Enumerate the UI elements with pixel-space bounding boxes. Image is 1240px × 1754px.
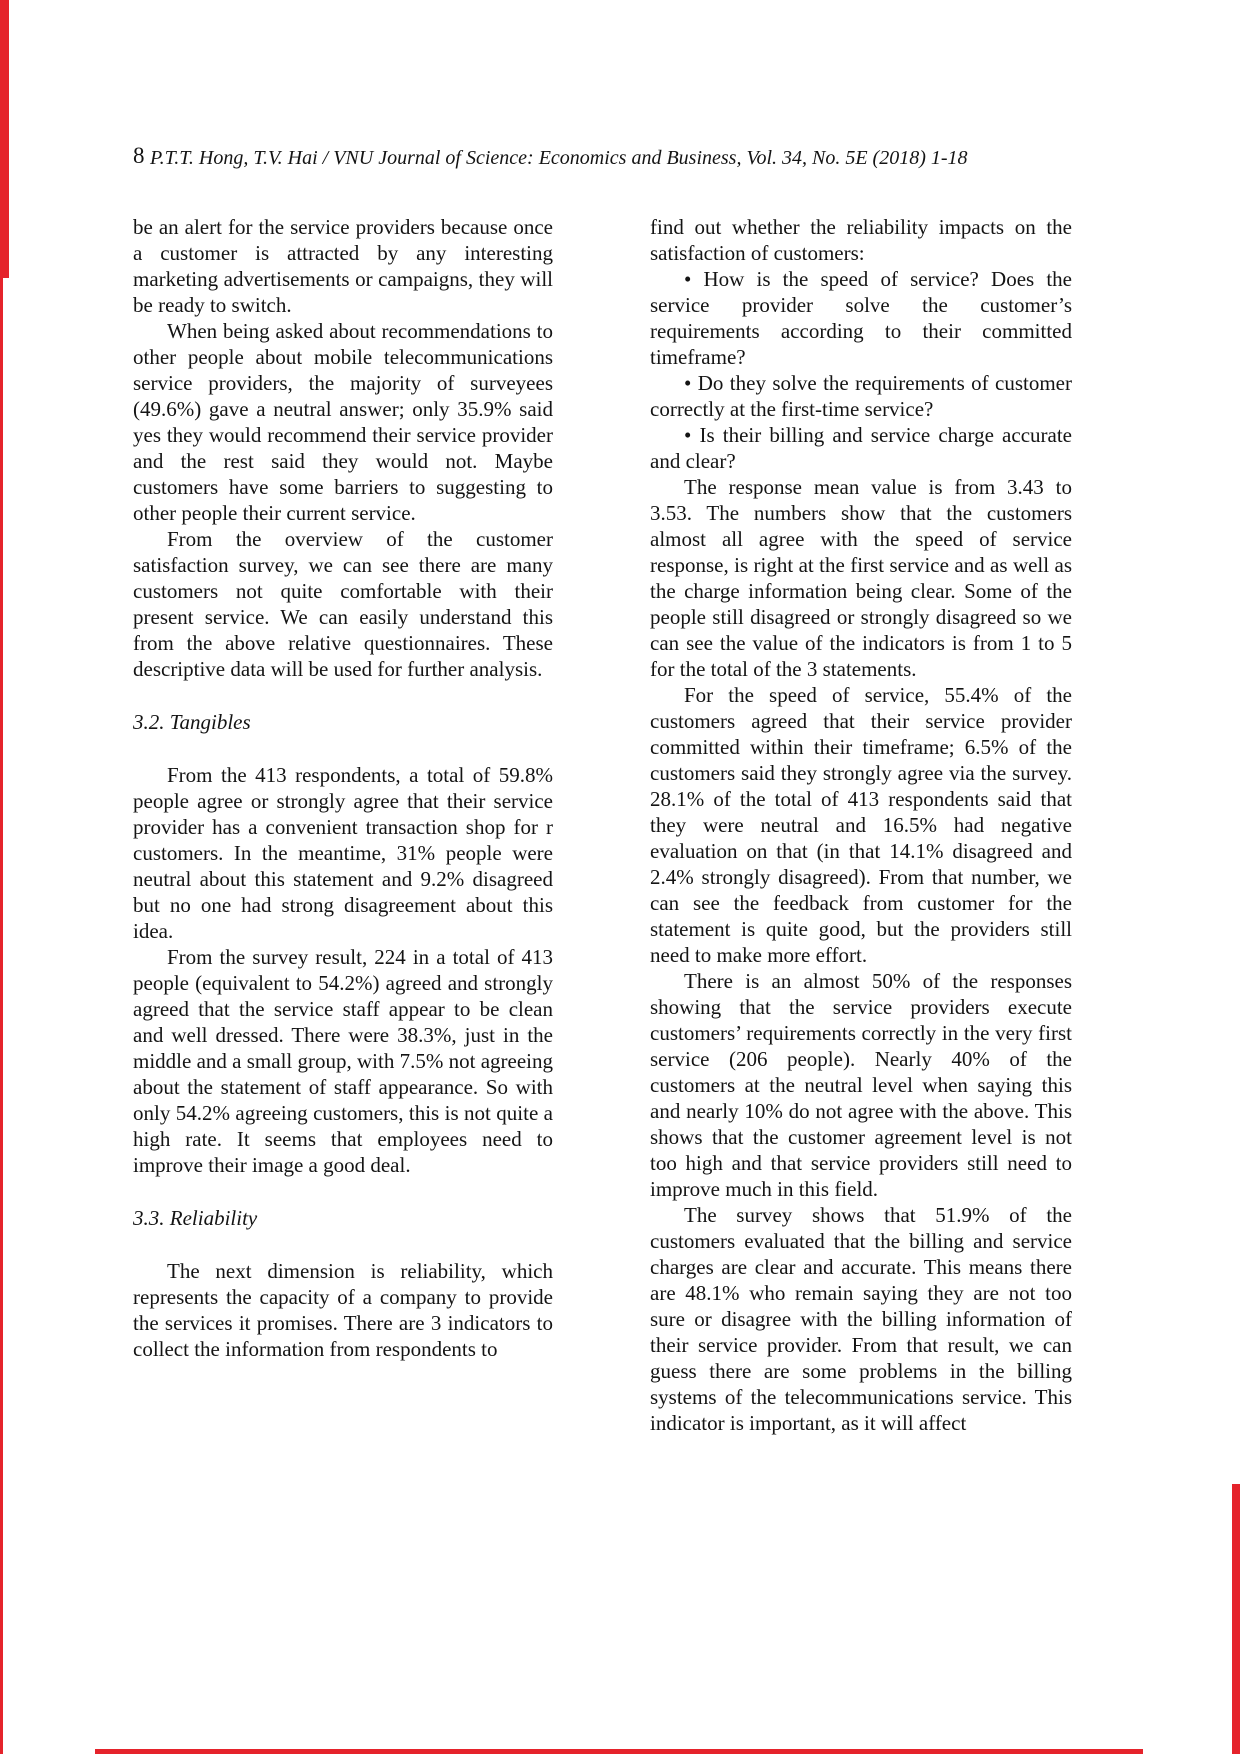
body-paragraph: When being asked about recommendations t…: [133, 318, 553, 526]
scan-edge-right-bottom-bar: [1232, 1484, 1240, 1754]
page-number: 8: [133, 143, 145, 169]
left-column: be an alert for the service providers be…: [133, 214, 553, 1362]
journal-page: 8 P.T.T. Hong, T.V. Hai / VNU Journal of…: [0, 0, 1240, 1754]
section-heading: 3.2. Tangibles: [133, 709, 553, 735]
right-column: find out whether the reliability impacts…: [650, 214, 1072, 1436]
running-head: P.T.T. Hong, T.V. Hai / VNU Journal of S…: [150, 146, 950, 170]
body-paragraph: For the speed of service, 55.4% of the c…: [650, 682, 1072, 968]
body-paragraph: The next dimension is reliability, which…: [133, 1258, 553, 1362]
body-paragraph: From the survey result, 224 in a total o…: [133, 944, 553, 1178]
body-paragraph: There is an almost 50% of the responses …: [650, 968, 1072, 1202]
body-paragraph: From the overview of the customer satisf…: [133, 526, 553, 682]
body-paragraph: From the 413 respondents, a total of 59.…: [133, 762, 553, 944]
body-paragraph: • Is their billing and service charge ac…: [650, 422, 1072, 474]
body-paragraph: • Do they solve the requirements of cust…: [650, 370, 1072, 422]
section-heading: 3.3. Reliability: [133, 1205, 553, 1231]
scan-edge-left-top-bar: [0, 0, 9, 278]
body-paragraph: be an alert for the service providers be…: [133, 214, 553, 318]
body-paragraph: find out whether the reliability impacts…: [650, 214, 1072, 266]
body-paragraph: The response mean value is from 3.43 to …: [650, 474, 1072, 682]
body-paragraph: The survey shows that 51.9% of the custo…: [650, 1202, 1072, 1436]
body-paragraph: • How is the speed of service? Does the …: [650, 266, 1072, 370]
scan-edge-bottom-line: [95, 1749, 1143, 1754]
